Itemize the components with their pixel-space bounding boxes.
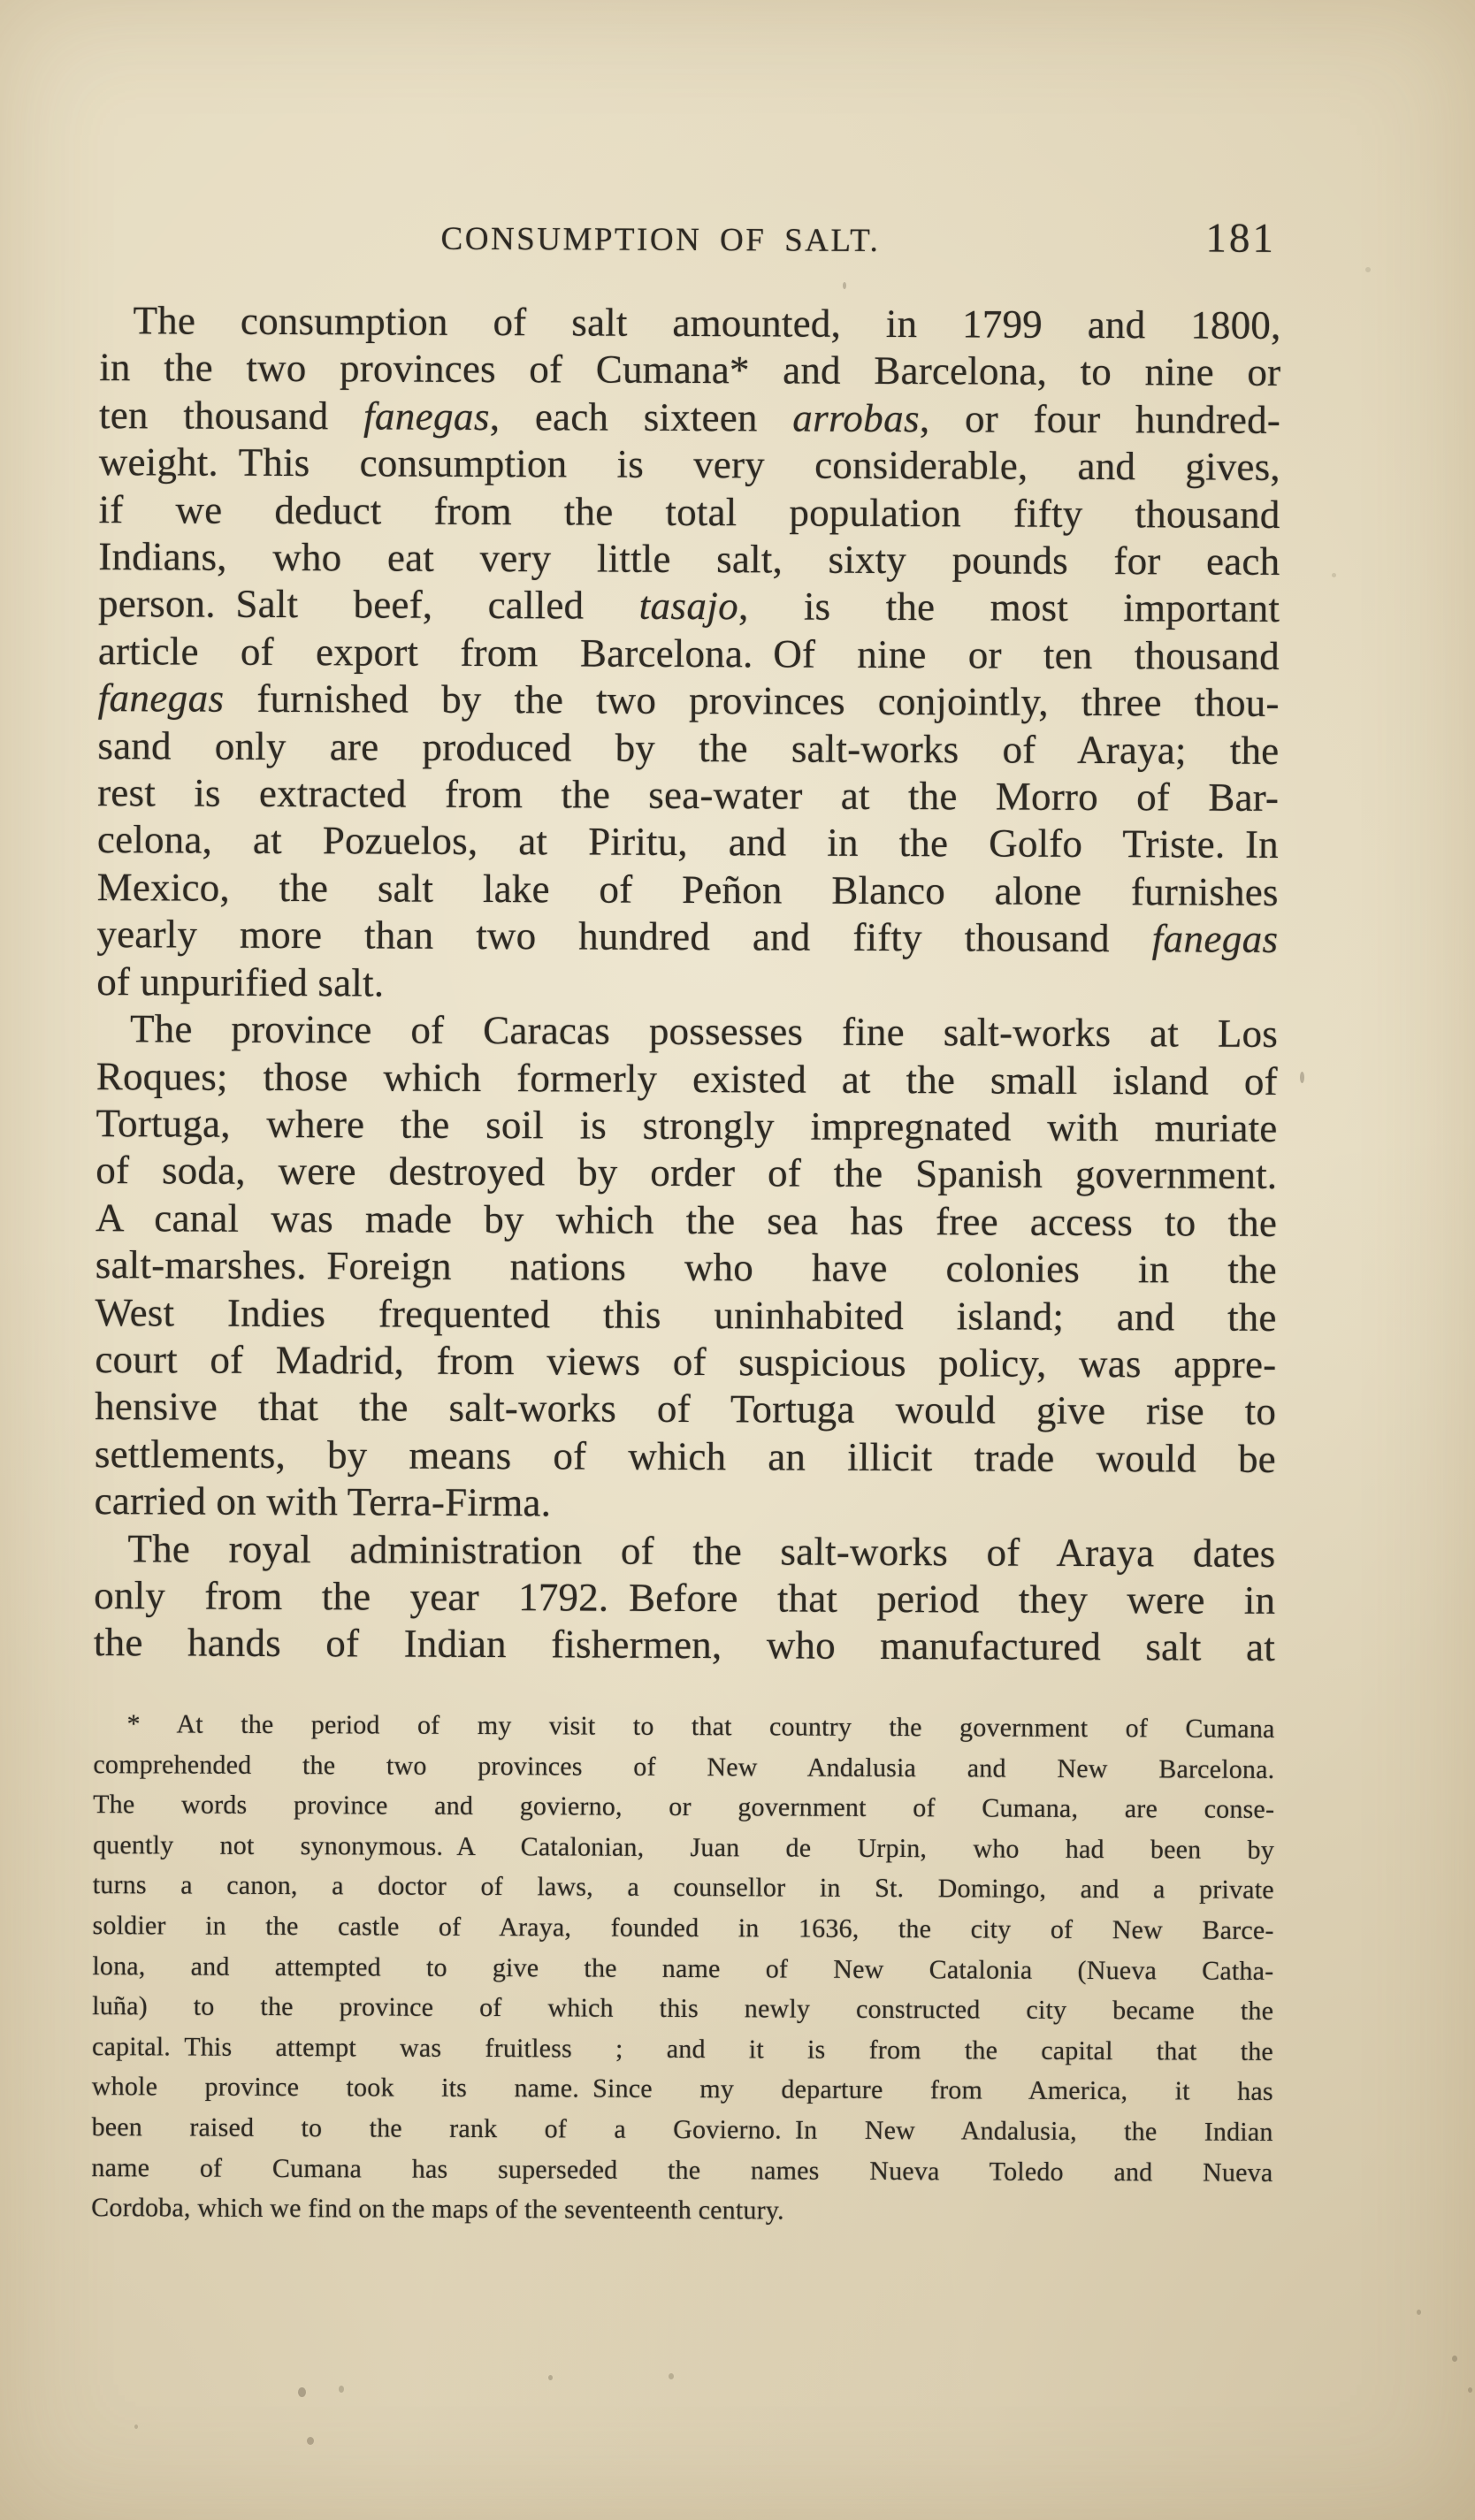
text-line: West Indies frequented this uninhabited … [96, 1289, 1277, 1341]
text-line: Mexico, the salt lake of Peñon Blanco al… [97, 864, 1279, 916]
text-line: hensive that the salt-works of Tortuga w… [95, 1383, 1276, 1435]
text-line: person. Salt beef, called tasajo, is the… [98, 581, 1280, 633]
text-line: weight. This consumption is very conside… [99, 439, 1280, 491]
text-line: been raised to the rank of a Govierno. I… [92, 2107, 1273, 2152]
text-line: sand only are produced by the salt-works… [97, 722, 1279, 775]
paper-speck [1452, 2356, 1457, 2362]
page-header: CONSUMPTION OF SALT. 181 [100, 218, 1281, 286]
text-line: comprehended the two provinces of New An… [93, 1745, 1274, 1790]
page-number: 181 [1205, 215, 1276, 263]
paragraph: The royal administration of the salt-wor… [94, 1525, 1276, 1672]
text-line: yearly more than two hundred and fifty t… [96, 911, 1278, 963]
page-content: CONSUMPTION OF SALT. 181 The consumption… [90, 0, 1282, 2520]
text-line: capital. This attempt was fruitless ; an… [92, 2027, 1273, 2072]
text-line: celona, at Pozuelos, at Piritu, and in t… [97, 817, 1279, 869]
text-line: luña) to the province of which this newl… [92, 1986, 1273, 2031]
text-line: court of Madrid, from views of suspiciou… [95, 1336, 1276, 1388]
paper-speck [548, 2375, 553, 2380]
text-line: Tortuga, where the soil is strongly impr… [96, 1100, 1277, 1152]
text-line: of unpurified salt. [96, 958, 1278, 1011]
text-line: A canal was made by which the sea has fr… [96, 1195, 1277, 1247]
running-title: CONSUMPTION OF SALT. [440, 220, 880, 260]
text-line: whole province took its name. Since my d… [92, 2066, 1273, 2111]
text-line: quently not synonymous. A Catalonian, Ju… [93, 1825, 1274, 1870]
text-line: The province of Caracas possesses fine s… [96, 1005, 1278, 1058]
text-line: in the two provinces of Cumana* and Barc… [99, 345, 1280, 397]
paragraph: * At the period of my visit to that coun… [91, 1704, 1275, 2234]
paper-speck [1332, 573, 1336, 577]
text-line: the hands of Indian fishermen, who manuf… [94, 1619, 1275, 1671]
paper-speck [339, 2386, 344, 2393]
text-line: * At the period of my visit to that coun… [93, 1704, 1274, 1749]
paper-speck [298, 2387, 306, 2397]
text-line: soldier in the castle of Araya, founded … [93, 1905, 1274, 1951]
text-line: only from the year 1792. Before that per… [94, 1572, 1275, 1624]
text-line: article of export from Barcelona. Of nin… [98, 628, 1280, 680]
text-line: Cordoba, which we find on the maps of th… [91, 2188, 1272, 2233]
body-paragraphs: The consumption of salt amounted, in 179… [94, 297, 1281, 1672]
paper-speck [1468, 2387, 1472, 2393]
text-line: fanegas furnished by the two provinces c… [98, 675, 1280, 727]
text-line: of soda, were destroyed by order of the … [96, 1147, 1277, 1199]
footnote: * At the period of my visit to that coun… [91, 1704, 1275, 2234]
paper-speck [134, 2425, 138, 2429]
text-line: rest is extracted from the sea-water at … [97, 769, 1279, 821]
paragraph: The consumption of salt amounted, in 179… [96, 297, 1280, 1011]
paper-speck [1365, 267, 1371, 272]
book-page-scan: CONSUMPTION OF SALT. 181 The consumption… [0, 0, 1475, 2520]
text-line: if we deduct from the total population f… [98, 486, 1280, 538]
paper-speck [1417, 2310, 1421, 2315]
text-line: carried on with Terra-Firma. [95, 1478, 1276, 1530]
paragraph: The province of Caracas possesses fine s… [95, 1005, 1279, 1530]
text-line: The consumption of salt amounted, in 179… [99, 297, 1280, 349]
text-line: lona, and attempted to give the name of … [92, 1946, 1273, 1991]
paper-speck [307, 2437, 314, 2445]
text-line: settlements, by means of which an illici… [95, 1431, 1276, 1483]
text-line: Indians, who eat very little salt, sixty… [98, 533, 1280, 585]
text-line: Roques; those which formerly existed at … [96, 1053, 1278, 1105]
text-line: ten thousand fanegas, each sixteen arrob… [99, 392, 1280, 444]
text-line: salt-marshes. Foreign nations who have c… [96, 1241, 1277, 1294]
paper-speck [669, 2373, 674, 2379]
text-line: turns a canon, a doctor of laws, a couns… [93, 1865, 1274, 1910]
text-line: The royal administration of the salt-wor… [94, 1525, 1275, 1577]
paper-speck [843, 282, 846, 289]
text-line: The words province and govierno, or gove… [93, 1784, 1274, 1829]
paper-speck [106, 893, 111, 898]
paper-speck [1300, 1072, 1304, 1083]
text-line: name of Cumana has superseded the names … [91, 2148, 1272, 2193]
